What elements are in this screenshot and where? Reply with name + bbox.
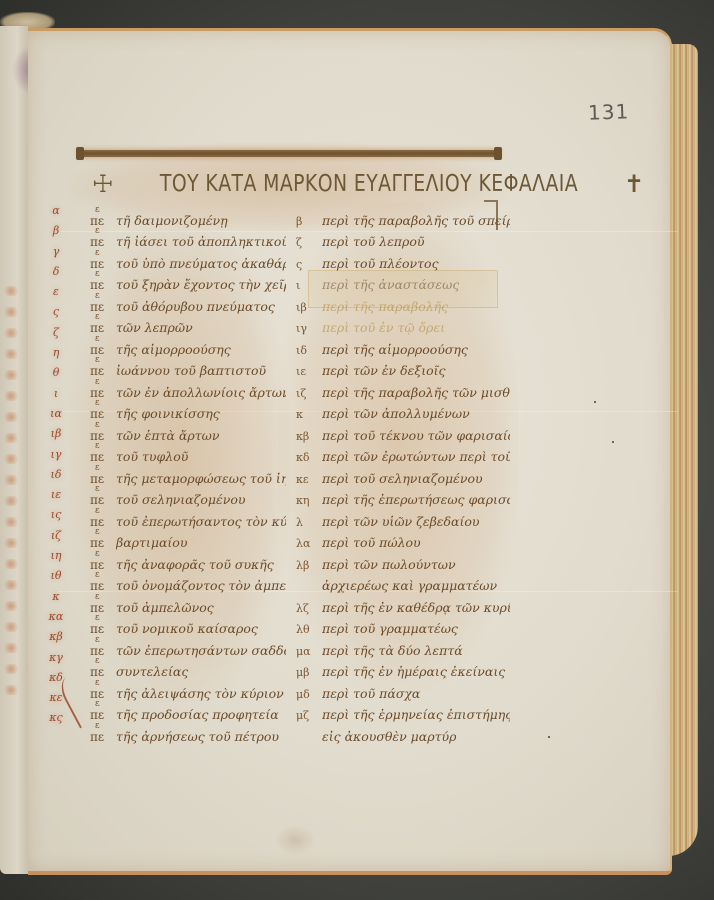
- chapter-entry: πετοῦ ἀμπελῶνος: [90, 593, 286, 615]
- chapter-entry: πεἰωάννου τοῦ βαπτιστοῦ: [90, 357, 286, 379]
- ink-bleed-through: [2, 454, 20, 464]
- chapter-title: περὶ τῶν πωλούντων: [322, 557, 456, 572]
- peri-abbreviation: πε: [90, 493, 116, 507]
- chapter-title: τῶν λεπρῶν: [116, 320, 193, 335]
- right-column: βπερὶ τῆς παραβολῆς τοῦ σπείροντοςζπερὶ …: [296, 206, 510, 744]
- chapter-title: περὶ τῆς παραβολῆς τῶν μισθωτῶν: [322, 385, 510, 400]
- chapter-title: περὶ τῆς τὰ δύο λεπτά: [322, 643, 463, 658]
- margin-numeral: κγ: [36, 651, 76, 671]
- ink-bleed-through: [2, 664, 20, 674]
- chapter-entry: ιγπερὶ τοῦ ἐν τῷ ὄρει: [296, 314, 510, 336]
- margin-numeral: ιζ: [36, 529, 76, 549]
- chapter-title: περὶ τῆς ἐπερωτήσεως φαρισαίων: [322, 492, 510, 507]
- chapter-title: τοῦ σεληνιαζομένου: [116, 492, 245, 507]
- chapter-entry: μβπερὶ τῆς ἐν ἡμέραις ἐκείναις: [296, 658, 510, 680]
- chapter-entry: ζπερὶ τοῦ λεπροῦ: [296, 228, 510, 250]
- margin-numeral: ια: [36, 407, 76, 427]
- ink-bleed-through: [2, 538, 20, 548]
- margin-chapter-numerals: αβγδεςζηθιιαιβιγιδιειςιζιηιθκκακβκγκδκεκ…: [36, 204, 76, 732]
- ink-bleed-through: [2, 622, 20, 632]
- chapter-entry: λαπερὶ τοῦ πώλου: [296, 529, 510, 551]
- chapter-title: περὶ τῆς παραβολῆς τοῦ σπείροντος: [322, 213, 510, 228]
- margin-numeral: κς: [36, 711, 76, 731]
- ink-bleed-through: [2, 559, 20, 569]
- chapter-entry: πετῆς φοινικίσσης: [90, 400, 286, 422]
- chapter-number: ιγ: [296, 322, 322, 335]
- ink-bleed-through: [2, 433, 20, 443]
- chapter-entry: πετῆς ἀρνήσεως τοῦ πέτρου: [90, 722, 286, 744]
- chapter-entry: κδπερὶ τῶν ἐρωτώντων περὶ τοῦ θεοῦ: [296, 443, 510, 465]
- pricking-mark: [548, 736, 550, 738]
- chapter-entry: κβπερὶ τοῦ τέκνου τῶν φαρισαίων: [296, 421, 510, 443]
- chapter-title: τῆ ἰάσει τοῦ ἀποπληκτικοῦ: [116, 234, 286, 249]
- chapter-title: τῶν ἐπερωτησάντων σαδδουκαίων: [116, 643, 286, 658]
- chapter-title: τῆς αἱμορροούσης: [116, 342, 231, 357]
- peri-abbreviation: πε: [90, 407, 116, 421]
- peri-abbreviation: πε: [90, 343, 116, 357]
- ink-bleed-through: [2, 475, 20, 485]
- chapter-number: ζ: [296, 236, 322, 249]
- chapter-number: ιε: [296, 365, 322, 378]
- chapter-entry: πεσυντελείας: [90, 658, 286, 680]
- chapter-title: περὶ τοῦ πλέοντος: [322, 256, 439, 271]
- chapter-title: τῆς ἀναφορᾶς τοῦ συκῆς: [116, 557, 274, 572]
- ink-bleed-through: [2, 370, 20, 380]
- chapter-entry: πετῆς αἱμορροούσης: [90, 335, 286, 357]
- chapter-entry: ςπερὶ τοῦ πλέοντος: [296, 249, 510, 271]
- chapter-entry: πεβαρτιμαίου: [90, 529, 286, 551]
- chapter-entry: πετοῦ σεληνιαζομένου: [90, 486, 286, 508]
- chapter-entry: ιβπερὶ τῆς παραβολῆς: [296, 292, 510, 314]
- peri-abbreviation: πε: [90, 601, 116, 615]
- chapter-entry: βπερὶ τῆς παραβολῆς τοῦ σπείροντος: [296, 206, 510, 228]
- ink-bleed-through: [2, 286, 20, 296]
- chapter-title: περὶ τοῦ σεληνιαζομένου: [322, 471, 483, 486]
- chapter-entry: μαπερὶ τῆς τὰ δύο λεπτά: [296, 636, 510, 658]
- chapter-title: περὶ τῶν ἐν δεξιοῖς: [322, 363, 446, 378]
- margin-numeral: ε: [36, 285, 76, 305]
- ink-bleed-through: [2, 328, 20, 338]
- chapter-number: λθ: [296, 623, 322, 636]
- chapter-number: β: [296, 215, 322, 228]
- chapter-number: κη: [296, 494, 322, 507]
- chapter-entry: πετῆς προδοσίας προφητεία: [90, 701, 286, 723]
- chapter-number: λ: [296, 516, 322, 529]
- chapter-entry: ιζπερὶ τῆς παραβολῆς τῶν μισθωτῶν: [296, 378, 510, 400]
- chapter-number: ι: [296, 279, 322, 292]
- chapter-entry: λβπερὶ τῶν πωλούντων: [296, 550, 510, 572]
- cross-icon: ✝: [624, 170, 645, 198]
- chapter-number: μζ: [296, 709, 322, 722]
- margin-numeral: κ: [36, 590, 76, 610]
- margin-numeral: ι: [36, 387, 76, 407]
- chapter-entry: πετῶν ἐν ἀπολλωνίοις ἄρτων: [90, 378, 286, 400]
- chapter-entry: πετῶν λεπρῶν: [90, 314, 286, 336]
- chapter-title: τῆς φοινικίσσης: [116, 406, 220, 421]
- peri-abbreviation: πε: [90, 622, 116, 636]
- ink-bleed-through: [2, 643, 20, 653]
- chapter-title: εἰς ἀκουσθὲν μαρτύρ: [322, 729, 456, 744]
- chapter-entry: πετῆς ἀναφορᾶς τοῦ συκῆς: [90, 550, 286, 572]
- chapter-title: τοῦ ὀνομάζοντος τὸν ἀμπελῶνα: [116, 578, 286, 593]
- chapter-number: λα: [296, 537, 322, 550]
- margin-numeral: γ: [36, 245, 76, 265]
- peri-abbreviation: πε: [90, 644, 116, 658]
- left-column: πετῆ δαιμονιζομένῃπετῆ ἰάσει τοῦ ἀποπληκ…: [90, 206, 286, 744]
- chapter-title: περὶ τοῦ γραμματέως: [322, 621, 458, 636]
- peri-abbreviation: πε: [90, 300, 116, 314]
- margin-numeral: ιθ: [36, 569, 76, 589]
- chapter-title: περὶ τῆς αἱμορροούσης: [322, 342, 468, 357]
- chapter-number: ιβ: [296, 301, 322, 314]
- cross-icon: ☩: [92, 170, 114, 198]
- chapter-entry: πετοῦ ξηρὰν ἔχοντος τὴν χεῖρα: [90, 271, 286, 293]
- chapter-number: κδ: [296, 451, 322, 464]
- chapter-entry: λπερὶ τῶν υἱῶν ζεβεδαίου: [296, 507, 510, 529]
- chapter-title: περὶ τῆς ἑρμηνείας ἐπιστήμης: [322, 707, 510, 722]
- chapter-entry: πετῆς ἀλειψάσης τὸν κύριον μύρῳ: [90, 679, 286, 701]
- chapter-number: λζ: [296, 602, 322, 615]
- chapter-title: τῆς μεταμορφώσεως τοῦ ἰησοῦ: [116, 471, 286, 486]
- margin-numeral: α: [36, 204, 76, 224]
- ink-bleed-through: [2, 307, 20, 317]
- chapter-title: τῆς ἀρνήσεως τοῦ πέτρου: [116, 729, 279, 744]
- chapter-entry: ἀρχιερέως καὶ γραμματέων: [296, 572, 510, 594]
- ink-bleed-through: [2, 391, 20, 401]
- verso-page-edge: [0, 26, 28, 874]
- chapter-title: περὶ τῶν ἀπολλυμένων: [322, 406, 470, 421]
- chapter-number: κ: [296, 408, 322, 421]
- chapter-title: τοῦ νομικοῦ καίσαρος: [116, 621, 258, 636]
- peri-abbreviation: πε: [90, 257, 116, 271]
- headpiece-bar: [78, 150, 500, 157]
- chapter-title: τοῦ ἐπερωτήσαντος τὸν κύριον: [116, 514, 286, 529]
- chapter-number: λβ: [296, 559, 322, 572]
- chapter-title: περὶ τοῦ τέκνου τῶν φαρισαίων: [322, 428, 510, 443]
- chapter-entry: μζπερὶ τῆς ἑρμηνείας ἐπιστήμης: [296, 701, 510, 723]
- peri-abbreviation: πε: [90, 730, 116, 744]
- chapter-entry: πετοῦ ὑπὸ πνεύματος ἀκαθάρτου: [90, 249, 286, 271]
- ink-bleed-through: [2, 601, 20, 611]
- peri-abbreviation: πε: [90, 386, 116, 400]
- pricking-mark: [594, 401, 596, 403]
- chapter-entry: λθπερὶ τοῦ γραμματέως: [296, 615, 510, 637]
- chapter-title: περὶ τοῦ πάσχα: [322, 686, 420, 701]
- peri-abbreviation: πε: [90, 665, 116, 679]
- chapter-number: ιζ: [296, 387, 322, 400]
- chapter-title: τοῦ ξηρὰν ἔχοντος τὴν χεῖρα: [116, 277, 286, 292]
- chapter-entry: πετοῦ ἀθόρυβου πνεύματος: [90, 292, 286, 314]
- chapter-title: περὶ τῶν ἐρωτώντων περὶ τοῦ θεοῦ: [322, 449, 510, 464]
- chapter-entry: λζπερὶ τῆς ἐν καθέδρᾳ τῶν κυρίου: [296, 593, 510, 615]
- chapter-title: περὶ τοῦ λεπροῦ: [322, 234, 424, 249]
- chapter-number: κε: [296, 473, 322, 486]
- margin-numeral: κβ: [36, 630, 76, 650]
- chapter-entry: πετοῦ ὀνομάζοντος τὸν ἀμπελῶνα: [90, 572, 286, 594]
- chapter-number: μβ: [296, 666, 322, 679]
- peri-abbreviation: πε: [90, 450, 116, 464]
- margin-numeral: κα: [36, 610, 76, 630]
- ink-bleed-through: [2, 496, 20, 506]
- margin-numeral: ς: [36, 305, 76, 325]
- chapter-entry: κπερὶ τῶν ἀπολλυμένων: [296, 400, 510, 422]
- chapter-title: τοῦ ἀθόρυβου πνεύματος: [116, 299, 275, 314]
- chapter-title: περὶ τοῦ ἐν τῷ ὄρει: [322, 320, 445, 335]
- peri-abbreviation: πε: [90, 321, 116, 335]
- chapter-title: τῆς ἀλειψάσης τὸν κύριον μύρῳ: [116, 686, 286, 701]
- peri-abbreviation: πε: [90, 558, 116, 572]
- margin-numeral: β: [36, 224, 76, 244]
- chapter-entry: πετῆ δαιμονιζομένῃ: [90, 206, 286, 228]
- chapter-entry: πετῶν ἐπερωτησάντων σαδδουκαίων: [90, 636, 286, 658]
- chapter-entry: πετοῦ νομικοῦ καίσαρος: [90, 615, 286, 637]
- chapter-title: τοῦ ὑπὸ πνεύματος ἀκαθάρτου: [116, 256, 286, 271]
- chapter-entry: ιδπερὶ τῆς αἱμορροούσης: [296, 335, 510, 357]
- peri-abbreviation: πε: [90, 515, 116, 529]
- chapter-title: τοῦ ἀμπελῶνος: [116, 600, 214, 615]
- chapter-title: τοῦ τυφλοῦ: [116, 449, 188, 464]
- margin-numeral: ιδ: [36, 468, 76, 488]
- chapter-title: τῆς προδοσίας προφητεία: [116, 707, 279, 722]
- peri-abbreviation: πε: [90, 579, 116, 593]
- chapter-entry: ιπερὶ τῆς ἀναστάσεως: [296, 271, 510, 293]
- chapter-title: ἰωάννου τοῦ βαπτιστοῦ: [116, 363, 266, 378]
- chapter-title: τῶν ἑπτὰ ἄρτων: [116, 428, 219, 443]
- margin-numeral: δ: [36, 265, 76, 285]
- chapter-title: τῆ δαιμονιζομένῃ: [116, 213, 228, 228]
- margin-numeral: ιη: [36, 549, 76, 569]
- ink-bleed-through: [2, 349, 20, 359]
- peri-abbreviation: πε: [90, 536, 116, 550]
- margin-numeral: η: [36, 346, 76, 366]
- chapter-title: ἀρχιερέως καὶ γραμματέων: [322, 578, 497, 593]
- peri-abbreviation: πε: [90, 429, 116, 443]
- chapter-number: μα: [296, 645, 322, 658]
- chapter-entry: εἰς ἀκουσθὲν μαρτύρ: [296, 722, 510, 744]
- chapter-entry: κηπερὶ τῆς ἐπερωτήσεως φαρισαίων: [296, 486, 510, 508]
- chapter-title: περὶ τῆς ἐν καθέδρᾳ τῶν κυρίου: [322, 600, 510, 615]
- folio-number: 131: [588, 99, 630, 124]
- peri-abbreviation: πε: [90, 235, 116, 249]
- ink-bleed-through: [2, 580, 20, 590]
- chapter-title: περὶ τῆς παραβολῆς: [322, 299, 448, 314]
- peri-abbreviation: πε: [90, 472, 116, 486]
- pricking-mark: [612, 441, 614, 443]
- chapter-number: μδ: [296, 688, 322, 701]
- peri-abbreviation: πε: [90, 364, 116, 378]
- chapter-entry: πετοῦ ἐπερωτήσαντος τὸν κύριον: [90, 507, 286, 529]
- chapter-entry: κεπερὶ τοῦ σεληνιαζομένου: [296, 464, 510, 486]
- chapter-title: περὶ τοῦ πώλου: [322, 535, 421, 550]
- kephalaia-text-block: ☩ ΤΟΥ ΚΑΤΑ ΜΑΡΚΟΝ ΕΥΑΓΓΕΛΙΟΥ ΚΕΦΑΛΑΙΑ ✝ …: [78, 142, 508, 702]
- peri-abbreviation: πε: [90, 214, 116, 228]
- ink-bleed-through: [2, 685, 20, 695]
- ink-bleed-through: [2, 517, 20, 527]
- chapter-title: βαρτιμαίου: [116, 535, 187, 550]
- chapter-number: κβ: [296, 430, 322, 443]
- margin-numeral: ιγ: [36, 448, 76, 468]
- margin-numeral: θ: [36, 366, 76, 386]
- chapter-number: ς: [296, 258, 322, 271]
- chapter-title: συντελείας: [116, 664, 188, 679]
- chapter-title: περὶ τῶν υἱῶν ζεβεδαίου: [322, 514, 480, 529]
- chapter-entry: μδπερὶ τοῦ πάσχα: [296, 679, 510, 701]
- kephalaia-title: ☩ ΤΟΥ ΚΑΤΑ ΜΑΡΚΟΝ ΕΥΑΓΓΕΛΙΟΥ ΚΕΦΑΛΑΙΑ ✝: [92, 170, 492, 198]
- chapter-title: τῶν ἐν ἀπολλωνίοις ἄρτων: [116, 385, 286, 400]
- chapter-title: περὶ τῆς ἀναστάσεως: [322, 277, 459, 292]
- margin-numeral: ις: [36, 508, 76, 528]
- stain-spot: [275, 825, 315, 855]
- chapter-entry: πετῆς μεταμορφώσεως τοῦ ἰησοῦ: [90, 464, 286, 486]
- ink-bleed-through: [2, 412, 20, 422]
- peri-abbreviation: πε: [90, 278, 116, 292]
- chapter-title: περὶ τῆς ἐν ἡμέραις ἐκείναις: [322, 664, 505, 679]
- chapter-entry: ιεπερὶ τῶν ἐν δεξιοῖς: [296, 357, 510, 379]
- margin-numeral: ιε: [36, 488, 76, 508]
- chapter-entry: πετῶν ἑπτὰ ἄρτων: [90, 421, 286, 443]
- chapter-number: ιδ: [296, 344, 322, 357]
- chapter-entry: πετοῦ τυφλοῦ: [90, 443, 286, 465]
- margin-numeral: ζ: [36, 326, 76, 346]
- title-text: ΤΟΥ ΚΑΤΑ ΜΑΡΚΟΝ ΕΥΑΓΓΕΛΙΟΥ ΚΕΦΑΛΑΙΑ: [160, 171, 578, 197]
- margin-numeral: ιβ: [36, 427, 76, 447]
- chapter-entry: πετῆ ἰάσει τοῦ ἀποπληκτικοῦ: [90, 228, 286, 250]
